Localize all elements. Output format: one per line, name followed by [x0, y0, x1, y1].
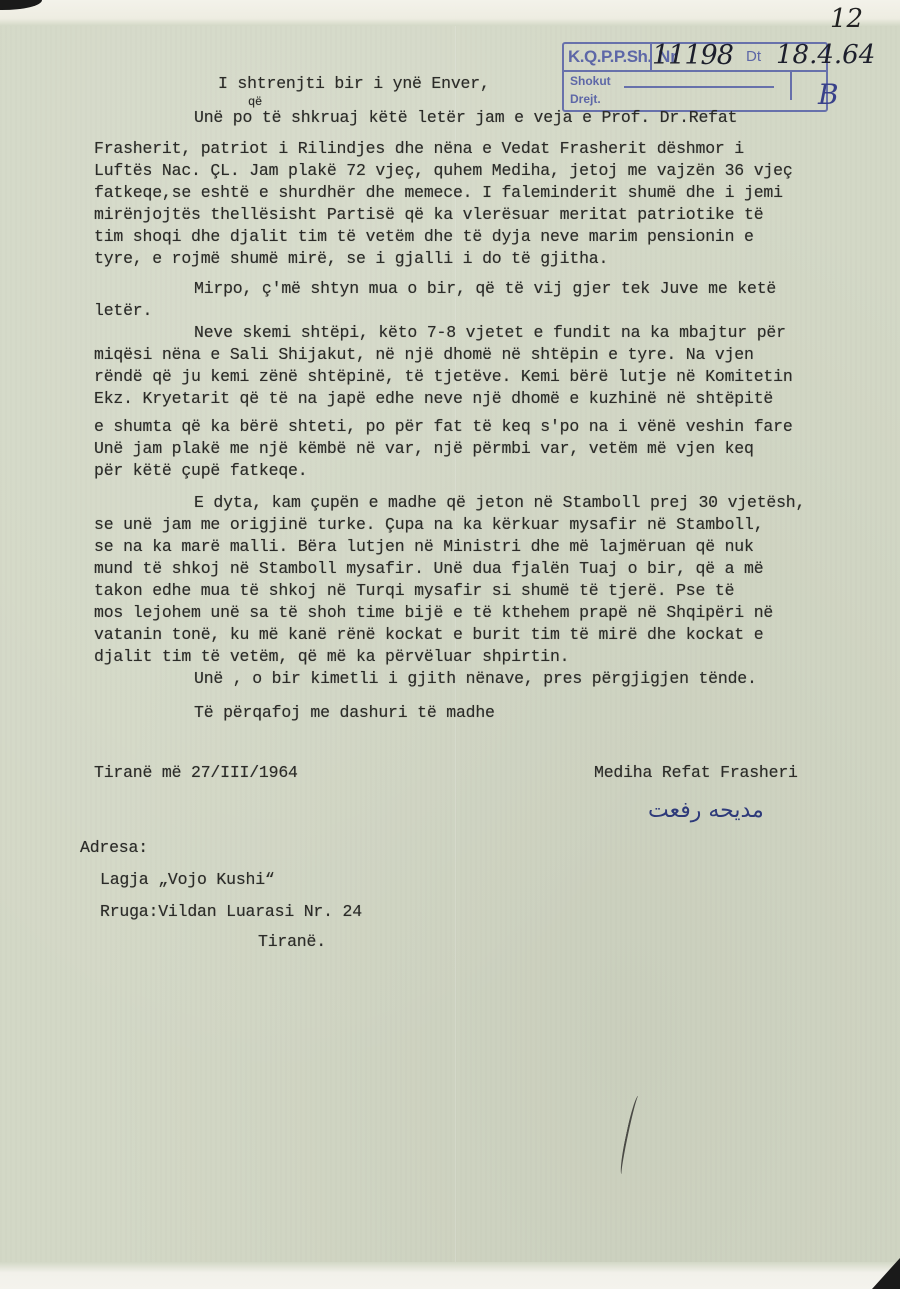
stamp-vertical-rule: [790, 72, 792, 100]
stamp-organization: K.Q.P.P.Sh.: [568, 47, 652, 67]
letter-line: për këtë çupë fatkeqe.: [94, 461, 307, 481]
stamp-drejt-label: Drejt.: [570, 92, 601, 106]
letter-line: Neve skemi shtëpi, këto 7-8 vjetet e fun…: [194, 323, 786, 343]
page-number: 12: [830, 4, 863, 34]
address-line: Tiranë.: [258, 932, 326, 952]
stamp-registry-number: 11198: [652, 40, 733, 71]
stamp-date-label: Dt: [746, 48, 761, 65]
letter-line: E dyta, kam çupën e madhe që jeton në St…: [194, 493, 805, 513]
place-and-date: Tiranë më 27/III/1964: [94, 763, 298, 783]
letter-line: se na ka marë malli. Bëra lutjen në Mini…: [94, 537, 754, 557]
stamp-annotation: B: [818, 78, 839, 111]
letter-line: mos lejohem unë sa të shoh time bijë e t…: [94, 603, 773, 623]
letter-line: Ekz. Kryetarit që të na japë edhe neve n…: [94, 389, 773, 409]
scan-bottom-margin: [0, 1262, 900, 1289]
letter-line: djalit tim të vetëm, që më ka përvëluar …: [94, 647, 569, 667]
letter-line: fatkeqe,se eshtë e shurdhër dhe memece. …: [94, 183, 783, 203]
letter-line: se unë jam me origjinë turke. Çupa na ka…: [94, 515, 763, 535]
letter-line: tim shoqi dhe djalit tim të vetëm dhe të…: [94, 227, 754, 247]
letter-line: Unë po të shkruaj këtë letër jam e veja …: [194, 108, 737, 128]
address-line: Rruga:Vildan Luarasi Nr. 24: [100, 902, 362, 922]
handwritten-signature: مدیحه رفعت: [648, 798, 764, 823]
letter-line: Unë jam plakë me një këmbë në var, një p…: [94, 439, 754, 459]
letter-line: rëndë që ju kemi zënë shtëpinë, të tjetë…: [94, 367, 793, 387]
letter-line: Mirpo, ç'më shtyn mua o bir, që të vij g…: [194, 279, 776, 299]
letter-line: Luftës Nac. ÇL. Jam plakë 72 vjeç, quhem…: [94, 161, 793, 181]
scanned-letter-page: 12 K.Q.P.P.Sh. Nr Dt Shokut Drejt. 11198…: [0, 0, 900, 1289]
stamp-registry-date: 18.4.64: [776, 40, 875, 70]
letter-line: mirënjojtës thellësisht Partisë që ka vl…: [94, 205, 763, 225]
letter-line: e shumta që ka bërë shteti, po për fat t…: [94, 417, 793, 437]
letter-line: Frasherit, patriot i Rilindjes dhe nëna …: [94, 139, 744, 159]
salutation: I shtrenjti bir i ynë Enver,: [218, 74, 490, 94]
pencil-mark: [618, 1095, 642, 1175]
letter-line: mund të shkoj në Stamboll mysafir. Unë d…: [94, 559, 763, 579]
address-label: Adresa:: [80, 838, 148, 858]
typed-signature: Mediha Refat Frasheri: [594, 763, 798, 783]
scan-top-margin: [0, 0, 900, 26]
stamp-shokut-label: Shokut: [570, 74, 611, 88]
closing-line: Unë , o bir kimetli i gjith nënave, pres…: [194, 669, 757, 689]
letter-line: letër.: [94, 301, 152, 321]
letter-line: tyre, e rojmë shumë mirë, se i gjalli i …: [94, 249, 608, 269]
letter-line: vatanin tonë, ku më kanë rënë kockat e b…: [94, 625, 763, 645]
letter-line: miqësi nëna e Sali Shijakut, në një dhom…: [94, 345, 754, 365]
address-line: Lagja „Vojo Kushi“: [100, 870, 275, 890]
closing-greeting: Të përqafoj me dashuri të madhe: [194, 703, 495, 723]
stamp-rule: [624, 86, 774, 88]
letter-line: takon edhe mua të shkoj në Turqi mysafir…: [94, 581, 734, 601]
